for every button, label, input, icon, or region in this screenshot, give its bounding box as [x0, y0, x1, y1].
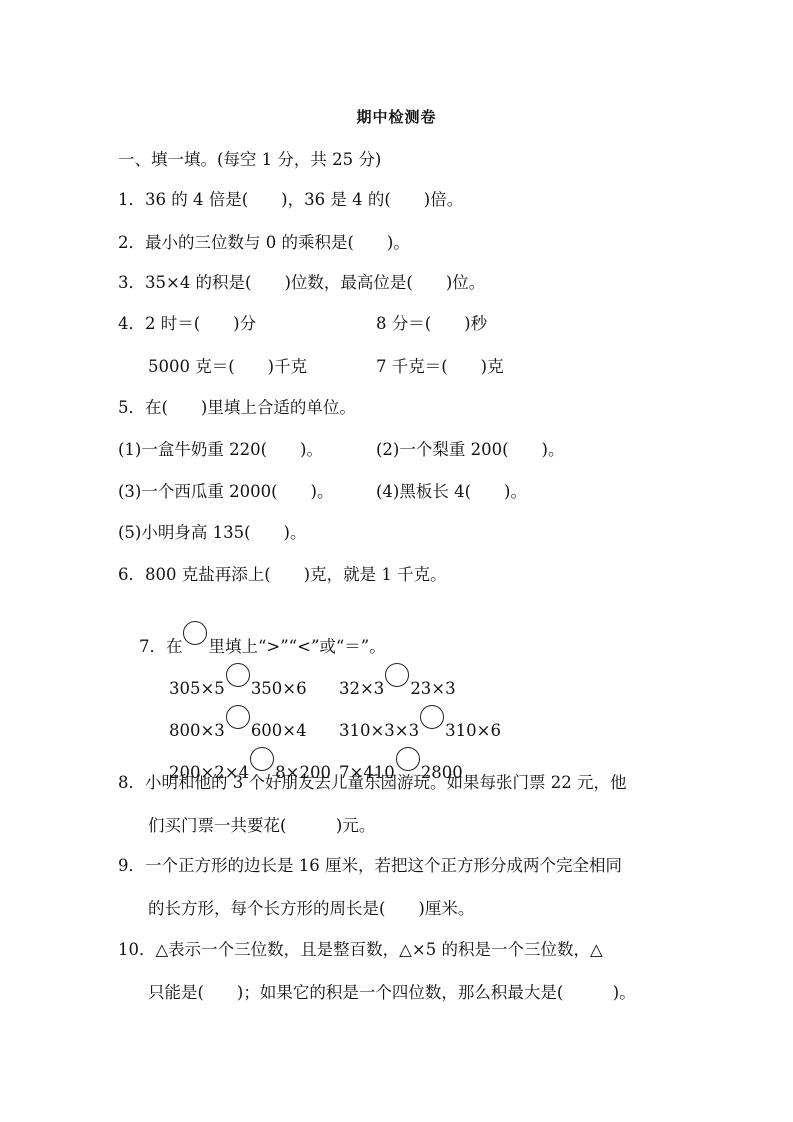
- compare-circle-input[interactable]: [385, 663, 409, 687]
- question-8-line-1: 8．小明和他的 3 个好朋友去儿童乐园游玩。如果每张门票 22 元，他: [118, 773, 626, 793]
- compare-circle-input[interactable]: [226, 663, 250, 687]
- section-heading: 一、填一填。(每空 1 分，共 25 分): [118, 150, 381, 170]
- question-6: 6．800 克盐再添上( )克，就是 1 千克。: [118, 565, 447, 585]
- question-5-4: (4)黑板长 4( )。: [376, 482, 527, 502]
- question-5-2: (2)一个梨重 200( )。: [376, 440, 565, 460]
- question-5: 5．在( )里填上合适的单位。: [118, 398, 356, 418]
- question-4b: 8 分＝( )秒: [376, 314, 487, 334]
- question-9-line-2: 的长方形，每个长方形的周长是( )厘米。: [148, 899, 474, 919]
- compare-circle-input[interactable]: [250, 747, 274, 771]
- compare-circle-input[interactable]: [420, 705, 444, 729]
- question-9-line-1: 9．一个正方形的边长是 16 厘米，若把这个正方形分成两个完全相同: [118, 856, 622, 876]
- question-5-3: (3)一个西瓜重 2000( )。: [118, 482, 333, 502]
- compare-circle-input[interactable]: [226, 705, 250, 729]
- question-4a: 4．2 时＝( )分: [118, 314, 256, 334]
- question-4c: 5000 克＝( )千克: [148, 357, 307, 377]
- exam-page: 期中检测卷 一、填一填。(每空 1 分，共 25 分) 1．36 的 4 倍是(…: [0, 0, 793, 1122]
- compare-circle-icon: [183, 621, 207, 645]
- question-4d: 7 千克＝( )克: [376, 357, 504, 377]
- question-10-line-2: 只能是( )；如果它的积是一个四位数，那么积最大是( )。: [148, 983, 636, 1003]
- question-1: 1．36 的 4 倍是( )，36 是 4 的( )倍。: [118, 190, 463, 210]
- compare-circle-input[interactable]: [396, 747, 420, 771]
- question-2: 2．最小的三位数与 0 的乘积是( )。: [118, 233, 410, 253]
- page-title: 期中检测卷: [0, 106, 793, 127]
- question-5-1: (1)一盒牛奶重 220( )。: [118, 440, 323, 460]
- question-5-5: (5)小明身高 135( )。: [118, 523, 307, 543]
- question-3: 3．35×4 的积是( )位数，最高位是( )位。: [118, 273, 485, 293]
- question-8-line-2: 们买门票一共要花( )元。: [148, 816, 375, 836]
- question-10-line-1: 10．△表示一个三位数，且是整百数，△×5 的积是一个三位数，△: [118, 940, 603, 960]
